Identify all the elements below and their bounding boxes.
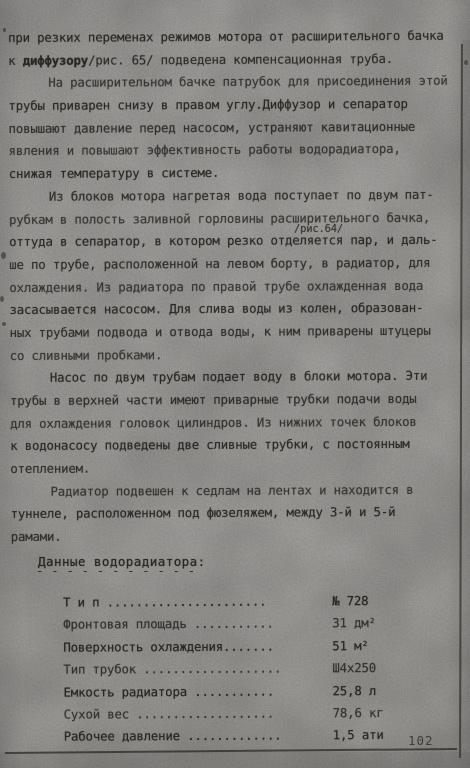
spec-label: Поверхность охлаждения....... — [63, 638, 274, 654]
text-line: снижая температуру в системе. — [9, 161, 467, 186]
scan-edge-shadow-bottom — [0, 752, 470, 768]
spec-table: Т и п ......................№ 728Фронтов… — [0, 590, 470, 749]
scanned-document-page: при резких переменах режимов мотора от р… — [0, 0, 470, 768]
text-line: к водонасосу подведены две сливные трубк… — [10, 433, 468, 458]
spec-value: 25,8 л — [332, 680, 376, 703]
scan-artifact — [2, 322, 6, 326]
text-line: охлаждения. Из радиатора по правой трубе… — [9, 274, 467, 299]
spec-value: 78,6 кг — [333, 702, 384, 725]
text-line: трубы в верхней части имеют приварные тр… — [10, 388, 468, 413]
text-line: к диффузору/рис. 65/ подведена компенсац… — [8, 47, 466, 72]
text-line: Из блоков мотора нагретая вода поступает… — [9, 183, 467, 208]
heading-underline: - - - - - - - - - - - — [36, 564, 195, 578]
figure-reference-annotation: /рис.64/ — [294, 223, 343, 235]
scan-artifact — [1, 252, 6, 259]
spec-value: Ш4х250 — [332, 657, 376, 680]
text-line: ных трубами подвода и отвода воды, к ним… — [10, 320, 468, 345]
spec-label: Сухой вес ................... — [64, 706, 275, 722]
spec-row: Тип трубок ...................Ш4х250 — [0, 657, 470, 682]
spec-label: Рабочее давление ............. — [64, 728, 282, 744]
text-line: засасывается насосом. Для слива воды из … — [9, 297, 467, 322]
scan-artifact — [464, 60, 468, 65]
scan-artifact — [0, 296, 4, 302]
spec-value: 1,5 ати — [333, 724, 384, 747]
spec-row: Сухой вес ...................78,6 кг — [1, 701, 470, 726]
text-line: рамами. — [11, 524, 469, 549]
text-line: со сливными пробками. — [10, 342, 468, 367]
text-line: отеплением. — [10, 456, 468, 481]
spec-label: Емкость радиатора ........... — [63, 683, 274, 699]
text-line: ше по трубе, расположенной на левом борт… — [9, 251, 467, 276]
spec-label: Тип трубок ................... — [63, 661, 281, 677]
text-line: На расширительном бачке патрубок для при… — [8, 70, 466, 95]
spec-row: Поверхность охлаждения.......51 м² — [0, 634, 470, 659]
emphasized-word: диффузору — [23, 52, 88, 67]
scan-artifact — [3, 28, 6, 32]
spec-label: Т и п ...................... — [63, 594, 266, 610]
text-line: Радиатор подвешен к седлам на лентах и н… — [10, 478, 468, 503]
text-line: при резких переменах режимов мотора от р… — [8, 25, 466, 50]
text-line: туннеле, расположенном под фюзеляжем, ме… — [10, 501, 468, 526]
spec-row: Фронтовая площадь ...........31 дм² — [0, 612, 470, 637]
spec-row: Емкость радиатора ...........25,8 л — [0, 679, 470, 704]
spec-value: № 728 — [332, 590, 368, 613]
text-line: трубы приварен снизу в правом углу.Диффу… — [8, 93, 466, 118]
body-text: при резких переменах режимов мотора от р… — [8, 25, 469, 549]
text-line: для охлаждения головок цилиндров. Из ниж… — [10, 410, 468, 435]
text-line: повышают давление перед насосом, устраня… — [8, 115, 466, 140]
spec-label: Фронтовая площадь ........... — [63, 616, 274, 632]
text-line: Насос по двум трубам подает воду в блоки… — [10, 365, 468, 390]
text-line: рубкам в полость заливной горловины расш… — [9, 206, 467, 231]
page-number: 102 — [408, 733, 434, 748]
spec-value: 51 м² — [332, 635, 368, 658]
spec-row: Т и п ......................№ 728 — [0, 590, 470, 615]
text-line: оттуда в сепаратор, в котором резко отде… — [9, 229, 467, 254]
spec-value: 31 дм² — [332, 612, 376, 635]
text-line: явления и повышают эффективность работы … — [9, 138, 467, 163]
spec-row: Рабочее давление .............1,5 ати — [1, 724, 470, 749]
text-segment: к — [8, 53, 23, 68]
text-segment: /рис. 65/ подведена компенсационная труб… — [88, 51, 393, 68]
